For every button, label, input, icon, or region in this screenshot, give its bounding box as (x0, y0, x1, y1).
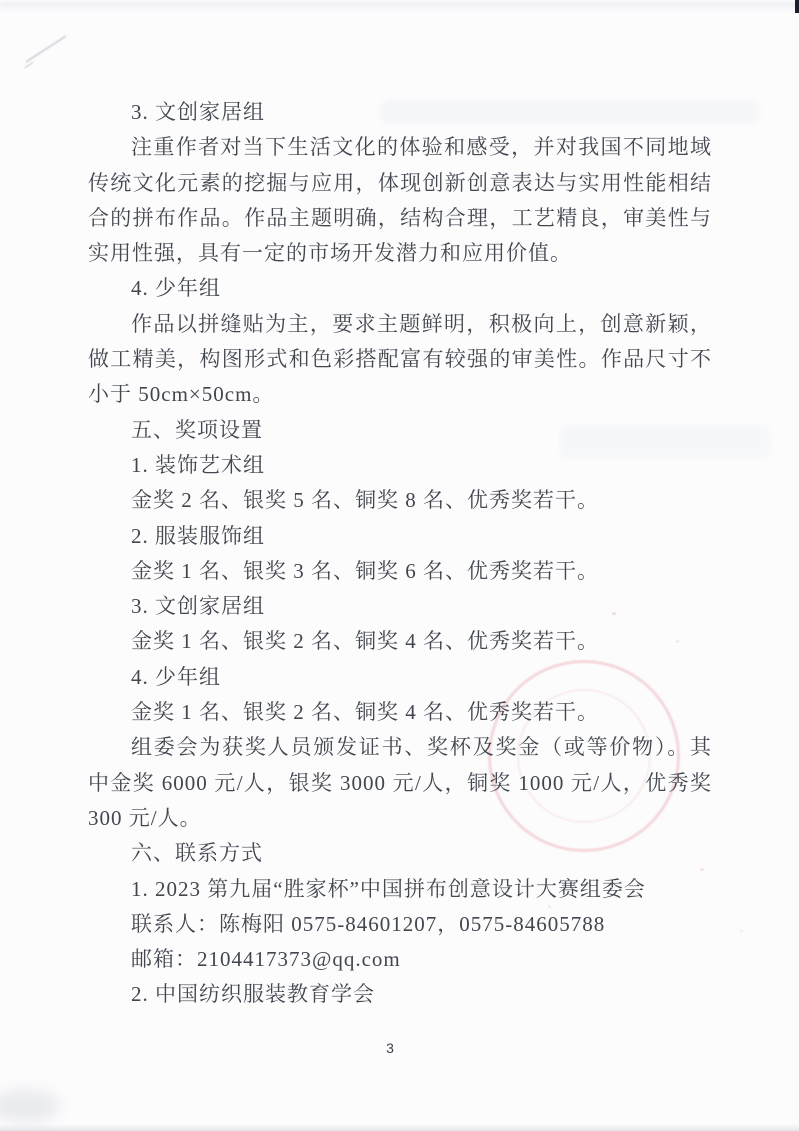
scan-scratch-artifact (25, 35, 66, 63)
document-body: 3. 文创家居组 注重作者对当下生活文化的体验和感受，并对我国不同地域 传统文化… (88, 95, 712, 1013)
scan-top-streak-artifact (0, 2, 799, 14)
text-line: 传统文化元素的挖掘与应用，体现创新创意表达与实用性能相结 (88, 166, 712, 201)
text-line-contact-phone: 联系人：陈梅阳 0575-84601207，0575-84605788 (88, 907, 712, 942)
text-line-group3-heading: 3. 文创家居组 (88, 95, 712, 130)
text-line: 实用性强，具有一定的市场开发潜力和应用价值。 (88, 236, 712, 271)
text-line: 组委会为获奖人员颁发证书、奖杯及奖金（或等价物）。其 (88, 730, 712, 765)
scan-bottom-band-artifact (0, 1124, 799, 1131)
text-line-group4-heading: 4. 少年组 (88, 271, 712, 306)
text-line-section6-heading: 六、联系方式 (88, 836, 712, 871)
text-line: 1. 装饰艺术组 (88, 448, 712, 483)
text-line: 作品以拼缝贴为主，要求主题鲜明，积极向上，创意新颖， (88, 307, 712, 342)
text-line: 2. 服装服饰组 (88, 519, 712, 554)
text-line: 3. 文创家居组 (88, 589, 712, 624)
text-line-committee: 1. 2023 第九届“胜家杯”中国拼布创意设计大赛组委会 (88, 872, 712, 907)
page-number: 3 (0, 1040, 780, 1056)
seal-ink-speck (740, 930, 743, 932)
text-line-awards: 金奖 2 名、银奖 5 名、铜奖 8 名、优秀奖若干。 (88, 483, 712, 518)
text-line: 小于 50cm×50cm。 (88, 377, 712, 412)
text-line: 4. 少年组 (88, 660, 712, 695)
text-line: 注重作者对当下生活文化的体验和感受，并对我国不同地域 (88, 130, 712, 165)
text-line-awards: 金奖 1 名、银奖 2 名、铜奖 4 名、优秀奖若干。 (88, 624, 712, 659)
scan-bottom-smudge-artifact (0, 1089, 60, 1123)
text-line: 做工精美，构图形式和色彩搭配富有较强的审美性。作品尺寸不 (88, 342, 712, 377)
text-line-awards: 金奖 1 名、银奖 2 名、铜奖 4 名、优秀奖若干。 (88, 695, 712, 730)
text-line: 300 元/人。 (88, 801, 712, 836)
scan-corner-artifact (795, 0, 799, 13)
text-line: 合的拼布作品。作品主题明确，结构合理，工艺精良，审美性与 (88, 201, 712, 236)
text-line-contact-email: 邮箱：2104417373@qq.com (88, 942, 712, 977)
text-line-association: 2. 中国纺织服装教育学会 (88, 977, 712, 1012)
text-line-section5-heading: 五、奖项设置 (88, 413, 712, 448)
text-line-awards: 金奖 1 名、银奖 3 名、铜奖 6 名、优秀奖若干。 (88, 554, 712, 589)
text-line-prize-amounts: 中金奖 6000 元/人，银奖 3000 元/人，铜奖 1000 元/人，优秀奖 (88, 766, 712, 801)
document-page: 3. 文创家居组 注重作者对当下生活文化的体验和感受，并对我国不同地域 传统文化… (0, 0, 799, 1131)
